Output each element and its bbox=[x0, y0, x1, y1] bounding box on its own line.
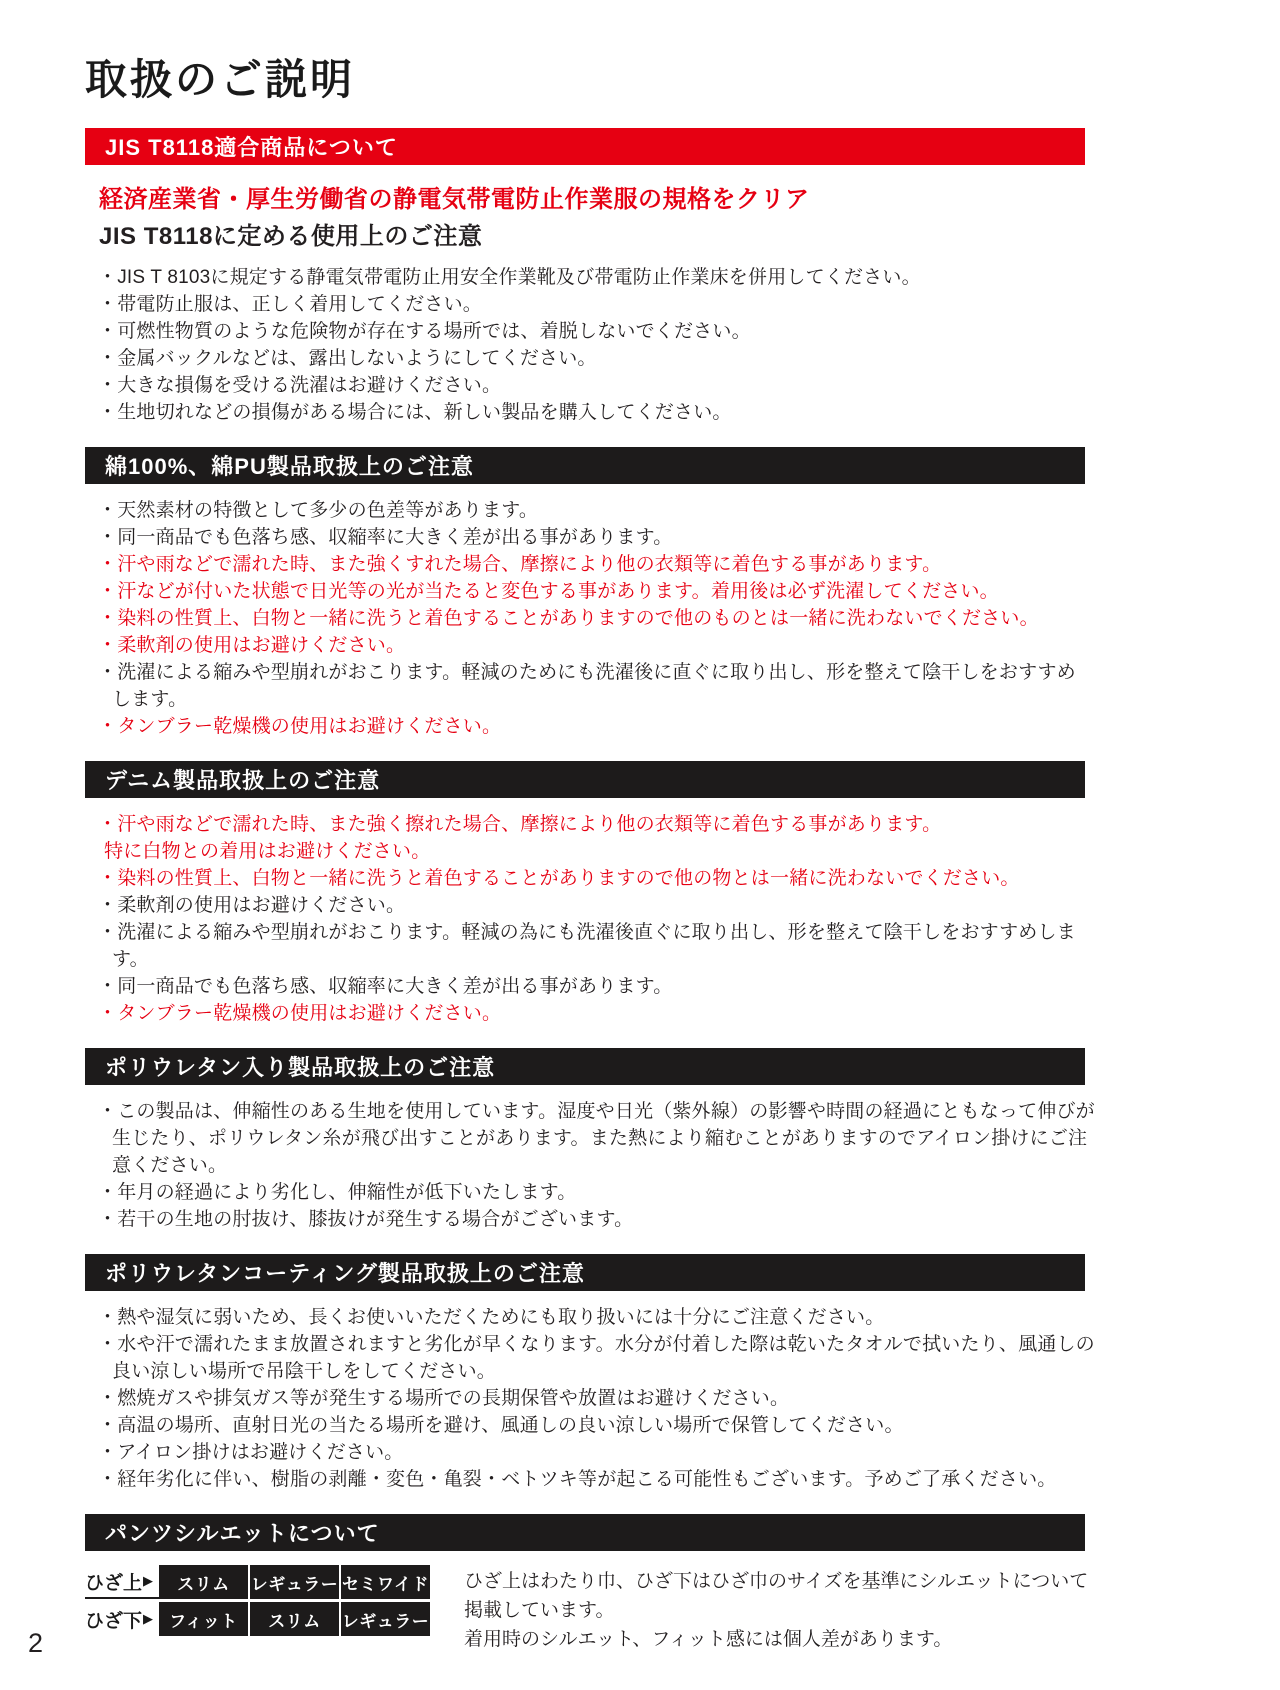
bullet-item: ・洗濯による縮みや型崩れがおこります。軽減の為にも洗濯後直ぐに取り出し、形を整え… bbox=[98, 919, 1095, 973]
table-cell: スリム bbox=[159, 1565, 248, 1599]
bullet-item: ・天然素材の特徴として多少の色差等があります。 bbox=[98, 497, 1095, 524]
bullet-list: ・汗や雨などで濡れた時、また強く擦れた場合、摩擦により他の衣類等に着色する事があ… bbox=[98, 811, 1095, 1027]
section-header-pu-coating: ポリウレタンコーティング製品取扱上のご注意 bbox=[85, 1254, 1085, 1291]
bullet-item: ・若干の生地の肘抜け、膝抜けが発生する場合がございます。 bbox=[98, 1206, 1095, 1233]
silhouette-table: ひざ上 ▶ スリム レギュラー セミワイド ひざ下 ▶ フィット スリム レギュ… bbox=[85, 1565, 432, 1654]
bullet-item: ・柔軟剤の使用はお避けください。 bbox=[98, 632, 1095, 659]
row-label-text: ひざ上 bbox=[85, 1568, 142, 1595]
section-pants-silhouette: パンツシルエットについて ひざ上 ▶ スリム レギュラー セミワイド ひざ下 ▶ bbox=[85, 1514, 1095, 1654]
note-line: 着用時のシルエット、フィット感には個人差があります。 bbox=[464, 1625, 1095, 1654]
bullet-item: ・汗や雨などで濡れた時、また強く擦れた場合、摩擦により他の衣類等に着色する事があ… bbox=[98, 811, 1095, 838]
bullet-list: ・熱や湿気に弱いため、長くお使いいただくためにも取り扱いには十分にご注意ください… bbox=[98, 1304, 1095, 1493]
bullet-item: ・帯電防止服は、正しく着用してください。 bbox=[98, 291, 1095, 318]
table-cell: レギュラー bbox=[341, 1602, 430, 1636]
table-row-label: ひざ下 ▶ bbox=[85, 1602, 159, 1636]
bullet-item: ・大きな損傷を受ける洗濯はお避けください。 bbox=[98, 372, 1095, 399]
note-line: ひざ上はわたり巾、ひざ下はひざ巾のサイズを基準にシルエットについて掲載しています… bbox=[464, 1567, 1095, 1625]
table-cell: フィット bbox=[159, 1602, 248, 1636]
section-pu-coating: ポリウレタンコーティング製品取扱上のご注意 ・熱や湿気に弱いため、長くお使いいた… bbox=[85, 1254, 1095, 1493]
arrow-right-icon: ▶ bbox=[143, 1611, 153, 1627]
bullet-item: ・可燃性物質のような危険物が存在する場所では、着脱しないでください。 bbox=[98, 318, 1095, 345]
bullet-item: ・汗などが付いた状態で日光等の光が当たると変色する事があります。着用後は必ず洗濯… bbox=[98, 578, 1095, 605]
bullet-list: ・この製品は、伸縮性のある生地を使用しています。湿度や日光（紫外線）の影響や時間… bbox=[98, 1098, 1095, 1233]
section-header-silhouette: パンツシルエットについて bbox=[85, 1514, 1085, 1551]
bullet-item: ・経年劣化に伴い、樹脂の剥離・変色・亀裂・ベトツキ等が起こる可能性もございます。… bbox=[98, 1466, 1095, 1493]
bullet-item: ・タンブラー乾燥機の使用はお避けください。 bbox=[98, 713, 1095, 740]
sub-heading-black: JIS T8118に定める使用上のご注意 bbox=[99, 216, 1095, 251]
bullet-item: ・熱や湿気に弱いため、長くお使いいただくためにも取り扱いには十分にご注意ください… bbox=[98, 1304, 1095, 1331]
row-label-text: ひざ下 bbox=[85, 1606, 142, 1633]
bullet-list: ・JIS T 8103に規定する静電気帯電防止用安全作業靴及び帯電防止作業床を併… bbox=[98, 264, 1095, 426]
table-cell: セミワイド bbox=[341, 1565, 430, 1599]
bullet-item: ・金属バックルなどは、露出しないようにしてください。 bbox=[98, 345, 1095, 372]
sub-heading-red: 経済産業省・厚生労働省の静電気帯電防止作業服の規格をクリア bbox=[99, 179, 1095, 214]
table-row: ひざ上 ▶ スリム レギュラー セミワイド bbox=[85, 1565, 432, 1599]
page-title: 取扱のご説明 bbox=[85, 56, 1095, 104]
bullet-item: ・柔軟剤の使用はお避けください。 bbox=[98, 892, 1095, 919]
bullet-item: ・燃焼ガスや排気ガス等が発生する場所での長期保管や放置はお避けください。 bbox=[98, 1385, 1095, 1412]
bullet-item: ・生地切れなどの損傷がある場合には、新しい製品を購入してください。 bbox=[98, 399, 1095, 426]
silhouette-block: ひざ上 ▶ スリム レギュラー セミワイド ひざ下 ▶ フィット スリム レギュ… bbox=[85, 1565, 1095, 1654]
section-header-jis: JIS T8118適合商品について bbox=[85, 128, 1085, 165]
table-cell: スリム bbox=[250, 1602, 339, 1636]
bullet-item: ・染料の性質上、白物と一緒に洗うと着色することがありますので他のものとは一緒に洗… bbox=[98, 605, 1095, 632]
bullet-item: ・年月の経過により劣化し、伸縮性が低下いたします。 bbox=[98, 1179, 1095, 1206]
section-header-denim: デニム製品取扱上のご注意 bbox=[85, 761, 1085, 798]
bullet-item: ・同一商品でも色落ち感、収縮率に大きく差が出る事があります。 bbox=[98, 524, 1095, 551]
bullet-item: ・この製品は、伸縮性のある生地を使用しています。湿度や日光（紫外線）の影響や時間… bbox=[98, 1098, 1095, 1179]
silhouette-notes: ひざ上はわたり巾、ひざ下はひざ巾のサイズを基準にシルエットについて掲載しています… bbox=[464, 1565, 1095, 1654]
arrow-right-icon: ▶ bbox=[143, 1573, 153, 1589]
document-page: 取扱のご説明 JIS T8118適合商品について 経済産業省・厚生労働省の静電気… bbox=[85, 0, 1095, 1654]
bullet-item: ・同一商品でも色落ち感、収縮率に大きく差が出る事があります。 bbox=[98, 973, 1095, 1000]
section-header-cotton: 綿100%、綿PU製品取扱上のご注意 bbox=[85, 447, 1085, 484]
bullet-item: ・洗濯による縮みや型崩れがおこります。軽減のためにも洗濯後に直ぐに取り出し、形を… bbox=[98, 659, 1095, 713]
bullet-item: ・汗や雨などで濡れた時、また強くすれた場合、摩擦により他の衣類等に着色する事があ… bbox=[98, 551, 1095, 578]
page-number: 2 bbox=[28, 1628, 43, 1659]
bullet-item: ・タンブラー乾燥機の使用はお避けください。 bbox=[98, 1000, 1095, 1027]
table-row-label: ひざ上 ▶ bbox=[85, 1565, 159, 1599]
section-header-polyurethane: ポリウレタン入り製品取扱上のご注意 bbox=[85, 1048, 1085, 1085]
table-cell: レギュラー bbox=[250, 1565, 339, 1599]
bullet-item: ・水や汗で濡れたまま放置されますと劣化が早くなります。水分が付着した際は乾いたタ… bbox=[98, 1331, 1095, 1385]
bullet-item-continuation: 特に白物との着用はお避けください。 bbox=[98, 838, 1095, 865]
bullet-list: ・天然素材の特徴として多少の色差等があります。 ・同一商品でも色落ち感、収縮率に… bbox=[98, 497, 1095, 740]
bullet-item: ・染料の性質上、白物と一緒に洗うと着色することがありますので他の物とは一緒に洗わ… bbox=[98, 865, 1095, 892]
section-denim: デニム製品取扱上のご注意 ・汗や雨などで濡れた時、また強く擦れた場合、摩擦により… bbox=[85, 761, 1095, 1027]
section-polyurethane: ポリウレタン入り製品取扱上のご注意 ・この製品は、伸縮性のある生地を使用していま… bbox=[85, 1048, 1095, 1233]
table-row: ひざ下 ▶ フィット スリム レギュラー bbox=[85, 1602, 432, 1636]
section-cotton: 綿100%、綿PU製品取扱上のご注意 ・天然素材の特徴として多少の色差等がありま… bbox=[85, 447, 1095, 740]
bullet-item: ・高温の場所、直射日光の当たる場所を避け、風通しの良い涼しい場所で保管してくださ… bbox=[98, 1412, 1095, 1439]
bullet-item: ・アイロン掛けはお避けください。 bbox=[98, 1439, 1095, 1466]
bullet-item: ・JIS T 8103に規定する静電気帯電防止用安全作業靴及び帯電防止作業床を併… bbox=[98, 264, 1095, 291]
section-jis-t8118: JIS T8118適合商品について 経済産業省・厚生労働省の静電気帯電防止作業服… bbox=[85, 128, 1095, 426]
